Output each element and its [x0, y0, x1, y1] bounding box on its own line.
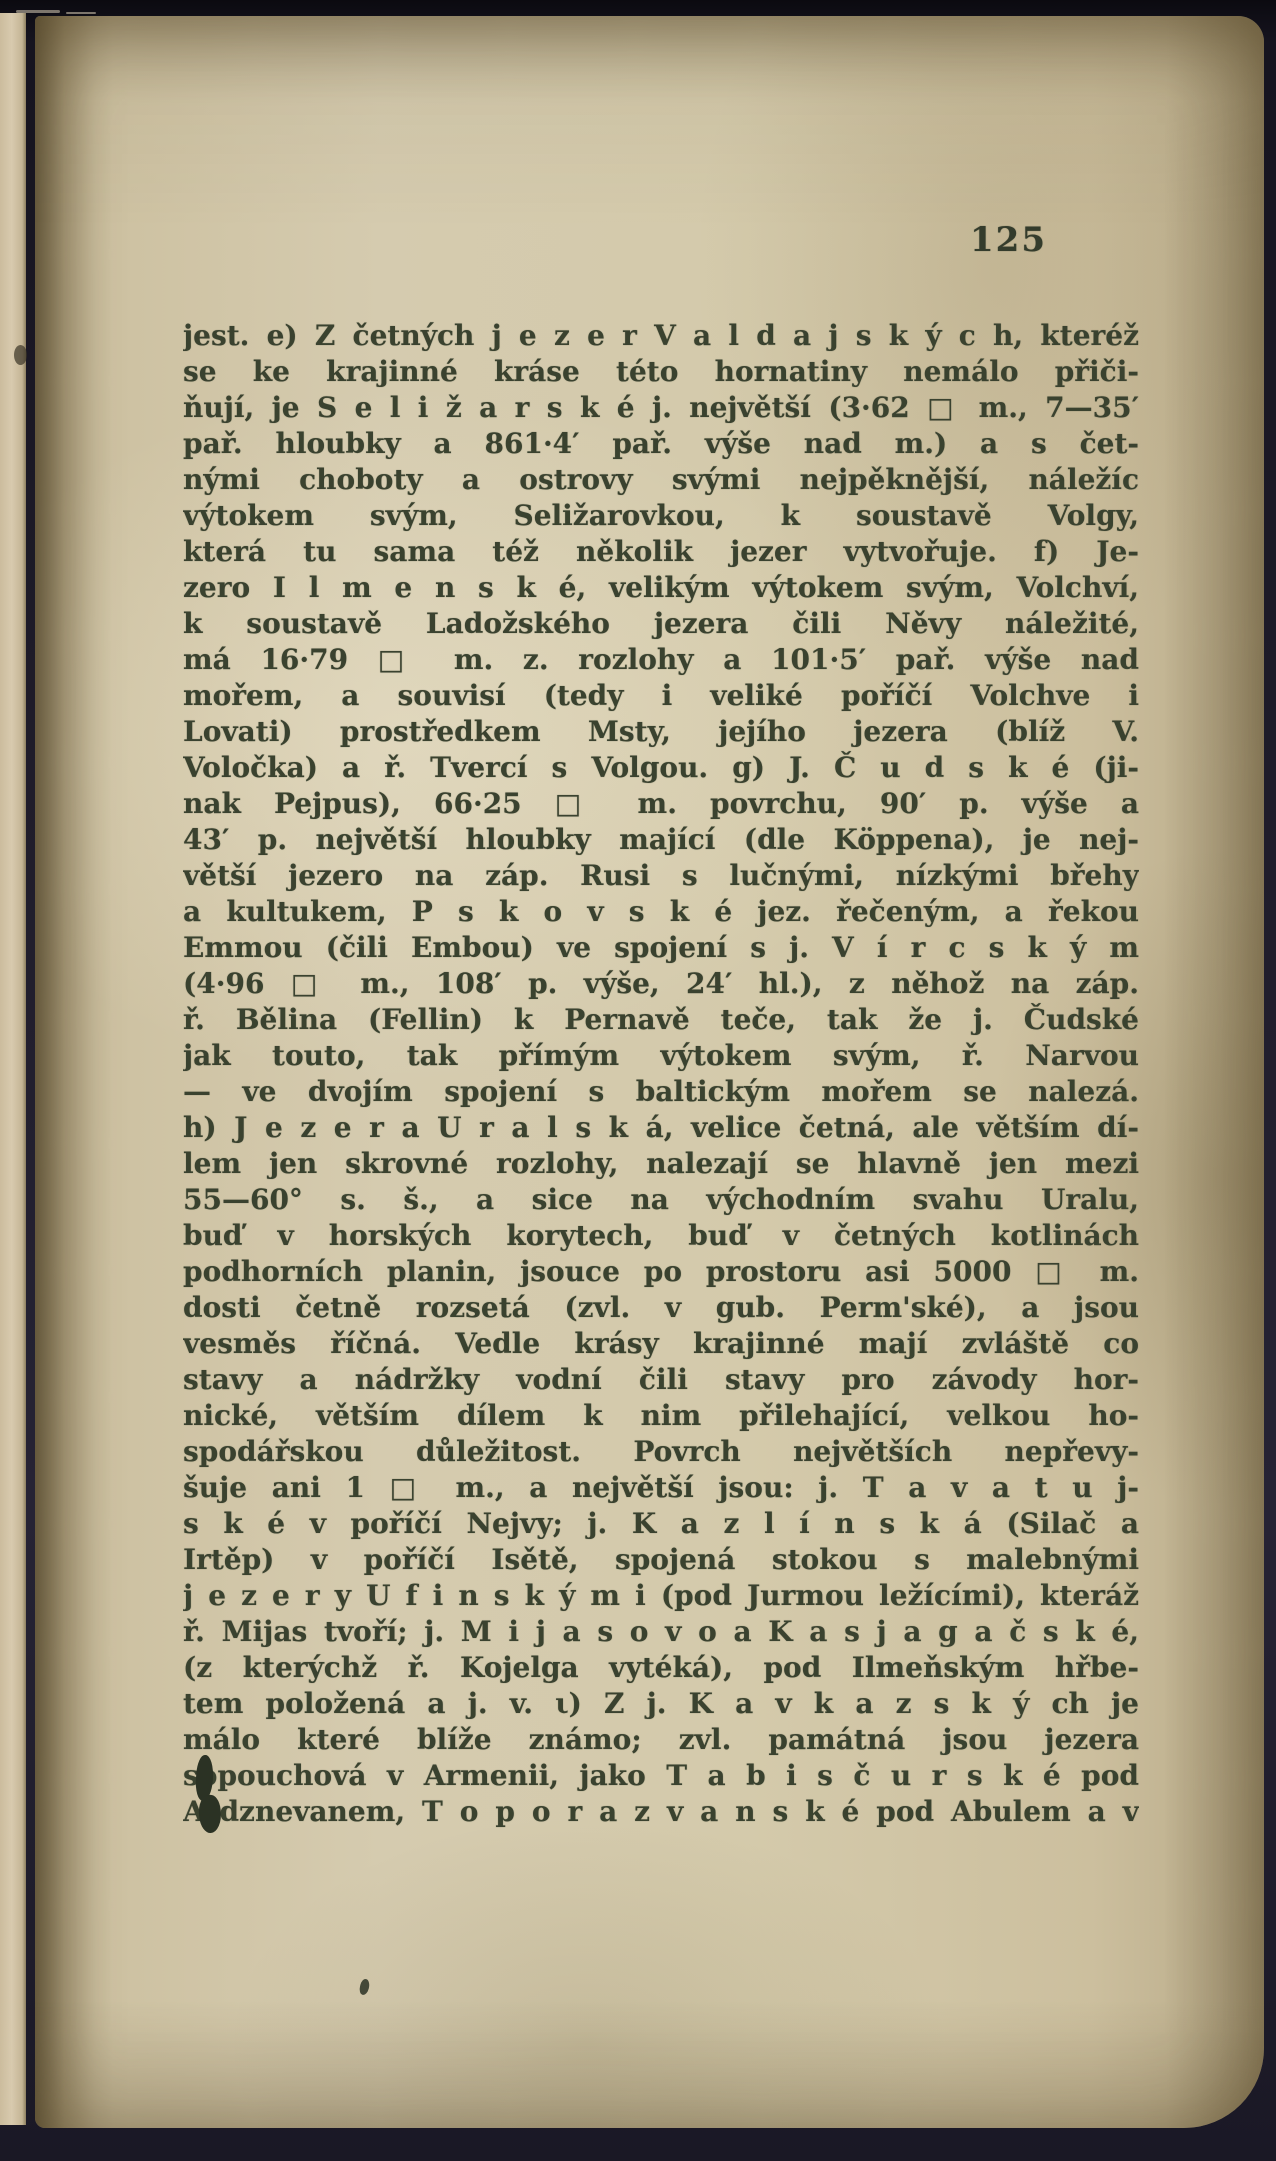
- text-line: pař. hloubky a 861·4′ pař. výše nad m.) …: [183, 426, 1139, 462]
- text-line: (z kterýchž ř. Kojelga vytéká), pod Ilme…: [183, 1650, 1139, 1686]
- text-line: Lovati) prostředkem Msty, jejího jezera …: [183, 714, 1139, 750]
- text-line: šuje ani 1 □ m., a největší jsou: j. T a…: [183, 1470, 1139, 1506]
- text-line: vesměs říčná. Vedle krásy krajinné mají …: [183, 1326, 1139, 1362]
- ink-smudge: [14, 345, 27, 365]
- text-line: buď v horských korytech, buď v četných k…: [183, 1218, 1139, 1254]
- text-line: ř. Mijas tvoří; j. M i j a s o v o a K a…: [183, 1614, 1139, 1650]
- text-line: h) J e z e r a U r a l s k á, velice čet…: [183, 1110, 1139, 1146]
- text-line: jest. e) Z četných j e z e r V a l d a j…: [183, 318, 1139, 354]
- gutter-shadow: [35, 16, 113, 2128]
- text-line: j e z e r y U f i n s k ý m i (pod Jurmo…: [183, 1578, 1139, 1614]
- text-line: Voločka) a ř. Tvercí s Volgou. g) J. Č u…: [183, 750, 1139, 786]
- body-text: jest. e) Z četných j e z e r V a l d a j…: [183, 318, 1139, 1830]
- text-line: ř. Bělina (Fellin) k Pernavě teče, tak ž…: [183, 1002, 1139, 1038]
- text-line: nými choboty a ostrovy svými nejpěknější…: [183, 462, 1139, 498]
- ink-dot: [358, 1978, 371, 1996]
- text-line: lem jen skrovné rozlohy, nalezají se hla…: [183, 1146, 1139, 1182]
- book-page: 125 jest. e) Z četných j e z e r V a l d…: [35, 16, 1264, 2128]
- text-line: spodářskou důležitost. Povrch největších…: [183, 1434, 1139, 1470]
- text-line: nické, větším dílem k nim přilehající, v…: [183, 1398, 1139, 1434]
- text-line: dosti četně rozsetá (zvl. v gub. Perm'sk…: [183, 1290, 1139, 1326]
- text-line: sopouchová v Armenii, jako T a b i s č u…: [183, 1758, 1139, 1794]
- text-line: k soustavě Ladožského jezera čili Něvy n…: [183, 606, 1139, 642]
- text-line: — ve dvojím spojení s baltickým mořem se…: [183, 1074, 1139, 1110]
- text-line: Emmou (čili Embou) ve spojení s j. V í r…: [183, 930, 1139, 966]
- text-line: výtokem svým, Seližarovkou, k soustavě V…: [183, 498, 1139, 534]
- scratch-mark: [66, 12, 96, 14]
- text-line: Ardznevanem, T o p o r a z v a n s k é p…: [183, 1794, 1139, 1830]
- text-line: nak Pejpus), 66·25 □ m. povrchu, 90′ p. …: [183, 786, 1139, 822]
- text-line: mořem, a souvisí (tedy i veliké poříčí V…: [183, 678, 1139, 714]
- text-line: se ke krajinné kráse této hornatiny nemá…: [183, 354, 1139, 390]
- text-line: má 16·79 □ m. z. rozlohy a 101·5′ pař. v…: [183, 642, 1139, 678]
- text-line: 43′ p. největší hloubky mající (dle Köpp…: [183, 822, 1139, 858]
- text-line: tem položená a j. v. ι) Z j. K a v k a z…: [183, 1686, 1139, 1722]
- text-line: Irtěp) v poříčí Isětě, spojená stokou s …: [183, 1542, 1139, 1578]
- text-line: a kultukem, P s k o v s k é jez. řečeným…: [183, 894, 1139, 930]
- page-number: 125: [970, 220, 1080, 260]
- text-line: zero I l m e n s k é, velikým výtokem sv…: [183, 570, 1139, 606]
- text-line: s k é v poříčí Nejvy; j. K a z l í n s k…: [183, 1506, 1139, 1542]
- adjacent-page-edge: [0, 13, 26, 2125]
- text-line: podhorních planin, jsouce po prostoru as…: [183, 1254, 1139, 1290]
- book-scan: 125 jest. e) Z četných j e z e r V a l d…: [0, 0, 1276, 2161]
- text-line: ňují, je S e l i ž a r s k é j. největší…: [183, 390, 1139, 426]
- text-line: 55—60° s. š., a sice na východním svahu …: [183, 1182, 1139, 1218]
- text-line: (4·96 □ m., 108′ p. výše, 24′ hl.), z ně…: [183, 966, 1139, 1002]
- text-line: stavy a nádržky vodní čili stavy pro záv…: [183, 1362, 1139, 1398]
- text-line: jak touto, tak přímým výtokem svým, ř. N…: [183, 1038, 1139, 1074]
- text-line: větší jezero na záp. Rusi s lučnými, níz…: [183, 858, 1139, 894]
- text-line: která tu sama též několik jezer vytvořuj…: [183, 534, 1139, 570]
- text-line: málo které blíže známo; zvl. památná jso…: [183, 1722, 1139, 1758]
